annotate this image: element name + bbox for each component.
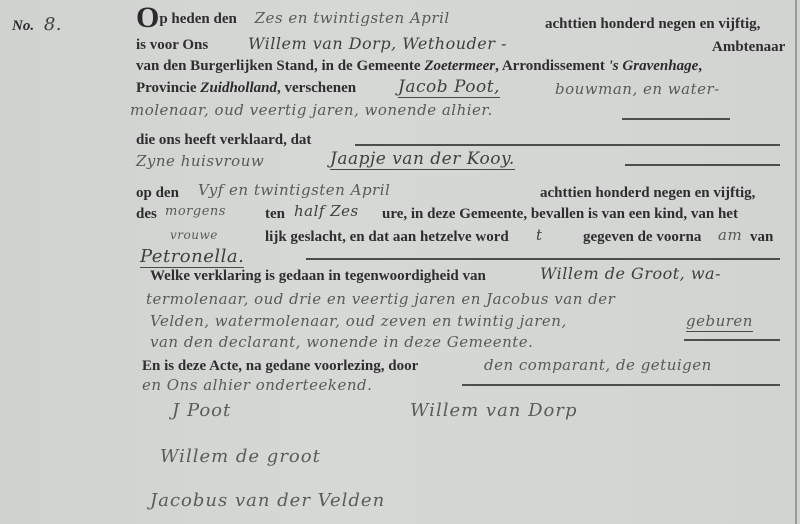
printed-text: Ambtenaar	[712, 38, 785, 56]
handwritten-occupation: bouwman, en water-	[555, 80, 720, 98]
record-number-value: 8.	[44, 14, 62, 35]
line-3: van den Burgerlijken Stand, in de Gemeen…	[136, 57, 702, 75]
initial-letter: O	[136, 1, 159, 34]
municipality: Zoetermeer	[424, 58, 495, 74]
fill-rule	[306, 258, 780, 260]
fill-rule	[355, 144, 780, 146]
handwritten-witness-relation: van den declarant, wonende in deze Gemee…	[150, 333, 533, 351]
fill-rule	[622, 118, 730, 120]
printed-text: lijk geslacht, en dat aan hetzelve word	[265, 228, 509, 246]
handwritten-witness-details: termolenaar, oud drie en veertig jaren e…	[146, 290, 615, 308]
handwritten-witness-2: Velden, watermolenaar, oud zeven en twin…	[150, 312, 567, 330]
printed-text: achttien honderd negen en vijftig,	[545, 15, 760, 33]
province: Zuidholland	[200, 80, 277, 96]
handwritten-child-name: Petronella.	[140, 248, 244, 268]
printed-text: die ons heeft verklaard, dat	[136, 131, 311, 149]
handwritten-time: half Zes	[294, 202, 359, 220]
handwritten-t: t	[536, 226, 543, 244]
handwritten-closing: en Ons alhier onderteekend.	[142, 376, 372, 394]
handwritten-am: am	[718, 226, 742, 244]
line-1: Op heden den Zes en twintigsten April	[136, 6, 450, 30]
handwritten-relation: Zyne huisvrouw	[136, 152, 264, 170]
printed-text: des	[136, 205, 157, 223]
handwritten-age-residence: molenaar, oud veertig jaren, wonende alh…	[130, 101, 493, 119]
printed-text: ure, in deze Gemeente, bevallen is van e…	[382, 205, 738, 223]
handwritten-birth-date: Vyf en twintigsten April	[198, 181, 390, 199]
signature-declarant: J Poot	[172, 400, 231, 421]
record-number: No. 8.	[12, 14, 62, 35]
signature-witness-2: Jacobus van der Velden	[150, 490, 385, 511]
printed-text: van den Burgerlijken Stand, in de Gemeen…	[136, 58, 421, 74]
printed-text: van	[750, 228, 773, 246]
printed-text: p heden den	[159, 11, 237, 27]
signature-witness-1: Willem de groot	[160, 446, 321, 467]
handwritten-date: Zes en twintigsten April	[255, 9, 450, 27]
printed-text: Provincie	[136, 80, 197, 96]
line-4: Provincie Zuidholland, verschenen	[136, 79, 356, 97]
printed-text: En is deze Acte, na gedane voorlezing, d…	[142, 357, 418, 375]
handwritten-mother-name: Jaapje van der Kooy.	[330, 150, 515, 170]
printed-text: gegeven de voorna	[583, 228, 701, 246]
printed-text: , verschenen	[277, 80, 356, 96]
handwritten-witness-1: Willem de Groot, wa-	[540, 265, 721, 283]
signature-official: Willem van Dorp	[410, 400, 578, 421]
printed-text: , Arrondissement	[495, 58, 605, 74]
fill-rule	[462, 384, 780, 386]
handwritten-official: Willem van Dorp, Wethouder -	[248, 35, 507, 53]
district: 's Gravenhage	[609, 58, 699, 74]
fill-rule	[625, 164, 780, 166]
printed-text: is voor Ons	[136, 36, 208, 54]
printed-text: ,	[698, 58, 702, 74]
fill-rule	[684, 339, 780, 341]
record-number-label: No.	[12, 18, 34, 34]
printed-text: Welke verklaring is gedaan in tegenwoord…	[150, 267, 486, 285]
handwritten-daypart: morgens	[165, 203, 226, 221]
page-edge-line	[795, 0, 797, 524]
handwritten-gender: vrouwe	[170, 226, 218, 244]
printed-text: ten	[265, 205, 285, 223]
handwritten-signatories: den comparant, de getuigen	[484, 356, 712, 374]
printed-text: achttien honderd negen en vijftig,	[540, 184, 755, 202]
printed-text: op den	[136, 184, 179, 202]
handwritten-declarant-name: Jacob Poot,	[398, 78, 500, 98]
handwritten-geburen: geburen	[686, 312, 753, 332]
